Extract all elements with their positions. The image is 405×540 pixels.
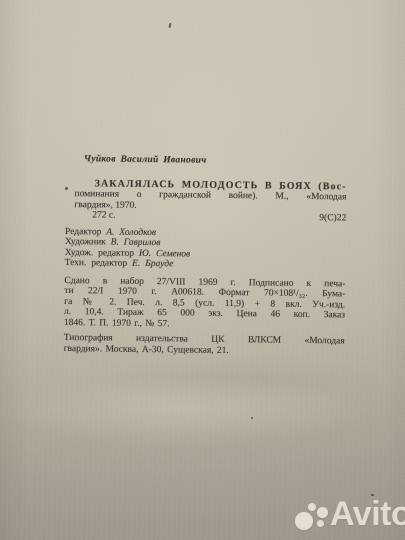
staff-role: Редактор <box>65 226 101 236</box>
avito-watermark-label: Avito <box>330 499 405 529</box>
print-data-block: Сдано в набор 27/VIII 1969 г. Подписано … <box>64 275 346 331</box>
colophon-text: Чуйков Василий Иванович ЗАКАЛЯЛАСЬ МОЛОД… <box>64 154 347 357</box>
book-imprint-photo: Чуйков Василий Иванович ЗАКАЛЯЛАСЬ МОЛОД… <box>0 0 405 540</box>
staff-role: Художник <box>65 237 106 247</box>
staff-name: В. Гаврилов <box>111 238 161 249</box>
author-line: Чуйков Василий Иванович <box>84 154 347 168</box>
avito-watermark: Avito <box>292 499 405 531</box>
staff-role: Техн. редактор <box>65 258 128 269</box>
paper-speck <box>251 417 253 419</box>
staff-name: Ю. Семенов <box>139 248 190 259</box>
staff-line: Техн. редактор Е. Брауде <box>65 258 346 272</box>
bibliographic-entry: ЗАКАЛЯЛАСЬ МОЛОДОСТЬ В БОЯХ (Вос- помина… <box>74 179 346 224</box>
staff-name: А. Холодков <box>106 227 156 238</box>
bib-pages-row: 272 с. 9(С)22 <box>74 210 346 224</box>
avito-logo-icon <box>292 503 328 531</box>
printing-house-block: Типография издательства ЦК ВЛКСМ «Молода… <box>64 333 345 357</box>
staff-name: Е. Брауде <box>132 259 173 270</box>
staff-role: Худож. редактор <box>65 247 134 258</box>
page-count: 272 с. <box>92 210 115 221</box>
classification-code: 9(С)22 <box>319 213 346 224</box>
staff-list: Редактор А. Холодков Художник В. Гаврило… <box>65 226 346 271</box>
